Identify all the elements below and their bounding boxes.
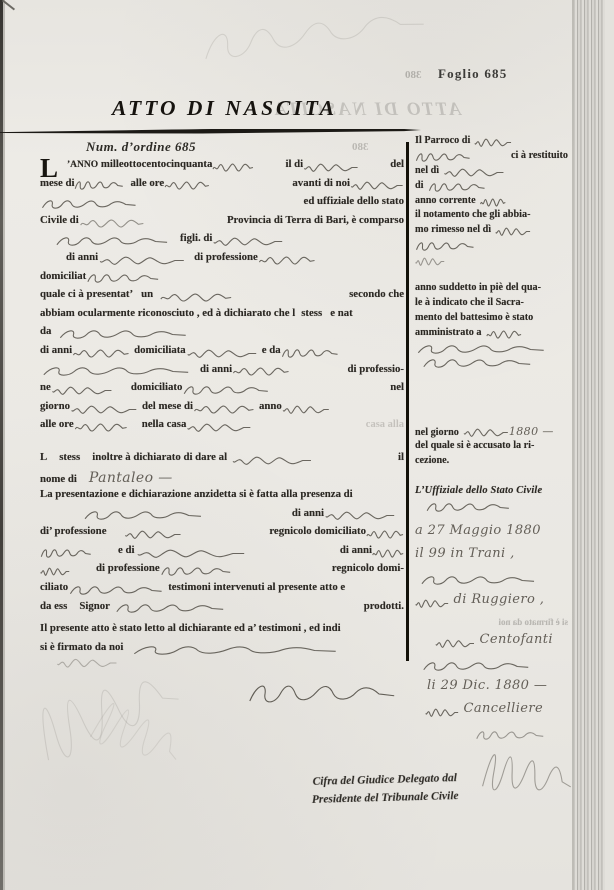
form-line: di annidomiciliatae da <box>40 344 404 363</box>
printed-text: di professio- <box>348 363 405 375</box>
printed-text: di professione <box>194 251 258 263</box>
handwritten-scribble <box>40 365 192 378</box>
form-line: cezione. <box>415 455 568 470</box>
handwritten-scribble <box>258 254 316 267</box>
birth-record-scan: 380 Foglio 685 ATTO DI NASCITA ATTO DI N… <box>0 0 614 890</box>
page-left-edge-highlight <box>3 0 5 890</box>
column-divider <box>406 142 409 661</box>
handwritten-scribble <box>415 343 547 356</box>
footer-caption: Cifra del Giudice Delegato dal President… <box>276 769 495 810</box>
document-title-bleedthrough: ATTO DI NASCITA <box>272 99 461 121</box>
printed-text: prodotti. <box>364 600 404 612</box>
printed-text: nella casa <box>142 418 187 430</box>
printed-text: regnicolo domiciliato <box>269 525 366 537</box>
printed-text: il notamento che gli abbia- <box>415 209 530 220</box>
printed-text: di professione <box>96 562 160 574</box>
form-line <box>415 356 568 371</box>
printed-text: anno suddetto in piè del qua- <box>415 282 541 293</box>
handwritten-scribble <box>435 637 475 650</box>
handwritten-scribble <box>40 198 138 211</box>
form-line: di’ professioneregnicolo domiciliato <box>40 525 404 544</box>
printed-text: Il presente atto è stato letto al dichia… <box>40 622 341 634</box>
handwritten-scribble <box>428 181 486 194</box>
handwritten-scribble <box>74 421 128 434</box>
form-line: figli. di <box>40 232 404 251</box>
printed-text: ci à restituito <box>511 150 568 161</box>
handwritten-text: Centofanti <box>475 632 553 647</box>
printed-text: ne <box>40 381 51 393</box>
form-line: di annidi professione <box>40 251 404 270</box>
handwritten-scribble <box>98 254 186 267</box>
handwritten-scribble <box>186 347 258 360</box>
printed-text: anno <box>259 400 282 412</box>
printed-text: del quale si è accusato la ri- <box>415 440 534 451</box>
form-line: abbiam ocularmente riconosciuto , ed à d… <box>40 307 404 326</box>
printed-text: L <box>40 451 47 463</box>
printed-text: di anni <box>200 363 232 375</box>
printed-text: da <box>40 325 51 337</box>
handwritten-scribble <box>79 217 145 230</box>
handwritten-scribble <box>425 501 511 514</box>
form-line <box>415 239 568 254</box>
title-rule <box>0 128 421 135</box>
handwritten-scribble <box>480 196 506 209</box>
form-line: di <box>415 180 568 195</box>
official-signature <box>246 680 398 708</box>
printed-text: Signor <box>79 600 110 612</box>
form-line: Civile diProvincia di Terra di Bari, è c… <box>40 214 404 233</box>
form-line: ciliatotestimoni intervenuti al presente… <box>40 581 404 600</box>
printed-text: nel <box>390 381 404 393</box>
printed-text: La presentazione e dichiarazione anzidet… <box>40 488 353 500</box>
handwritten-scribble <box>159 291 233 304</box>
printed-text: e nat <box>330 307 353 319</box>
printed-text: secondo che <box>349 288 404 300</box>
form-line: Centofanti <box>415 632 568 655</box>
handwritten-scribble <box>74 179 124 192</box>
sheet-number-stamp: Foglio 685 <box>438 66 507 82</box>
printed-text: mese di <box>40 177 74 189</box>
form-line: ’ANNO milleottocentocinquantail didel <box>40 158 404 177</box>
handwritten-scribble <box>57 328 189 341</box>
printed-text: nel giorno <box>415 427 459 438</box>
form-line: domiciliat <box>40 270 404 289</box>
printed-text: figli. di <box>180 232 212 244</box>
form-line: nel dì <box>415 165 568 180</box>
form-line: da essSignorprodotti. <box>40 600 404 619</box>
handwritten-text: Pantaleo — <box>89 470 173 486</box>
printed-text: domiciliat <box>40 270 86 282</box>
handwritten-scribble <box>415 255 445 268</box>
printed-text: di anni <box>40 344 72 356</box>
form-line: anno corrente <box>415 195 568 210</box>
printed-text: L’Uffiziale dello Stato Civile <box>415 485 542 496</box>
main-column: ’ANNO milleottocentocinquantail didelmes… <box>40 158 404 659</box>
form-line: il 99 in Trani , <box>415 546 568 569</box>
printed-text: mento del battesimo è stato <box>415 312 533 323</box>
handwritten-scribble <box>415 597 449 610</box>
handwritten-scribble <box>232 365 290 378</box>
handwritten-scribble <box>486 328 522 341</box>
printed-text: si è firmato da noi <box>40 641 123 653</box>
printed-text: quale ci à presentat’ <box>40 288 133 300</box>
ghost-text: casa alla <box>366 419 404 430</box>
handwritten-scribble <box>415 240 475 253</box>
handwritten-scribble <box>415 151 471 164</box>
form-line: anno suddetto in piè del qua- <box>415 282 568 297</box>
printed-text: anno corrente <box>415 195 476 206</box>
printed-text: domiciliata <box>134 344 186 356</box>
handwritten-scribble <box>350 179 404 192</box>
handwritten-scribble <box>495 225 531 238</box>
form-line: alle orenella casacasa alla <box>40 418 404 437</box>
printed-text: regnicolo domi- <box>332 562 404 574</box>
printed-text: avanti di noi <box>292 177 350 189</box>
form-line: La presentazione e dichiarazione anzidet… <box>40 488 404 507</box>
form-line: Il presente atto è stato letto al dichia… <box>40 622 404 641</box>
handwritten-scribble <box>72 347 130 360</box>
handwritten-scribble <box>212 161 254 174</box>
handwritten-scribble <box>193 403 255 416</box>
printed-text: il di <box>285 158 303 170</box>
handwritten-scribble <box>419 574 537 587</box>
form-line: da <box>40 325 404 344</box>
handwritten-scribble <box>231 454 313 467</box>
handwritten-text: il 99 in Trani , <box>415 546 515 561</box>
form-line: L’Uffiziale dello Stato Civile <box>415 485 568 500</box>
printed-text: del mese di <box>142 400 193 412</box>
form-line <box>415 254 568 269</box>
book-binding-edge <box>574 0 605 890</box>
form-line: di annidi professio- <box>40 363 404 382</box>
handwritten-scribble <box>324 509 396 522</box>
handwritten-scribble <box>186 421 252 434</box>
printed-text: da ess <box>40 600 67 612</box>
form-line: di Ruggiero , <box>415 592 568 615</box>
printed-text: si è firmato da noi <box>499 617 569 627</box>
handwritten-scribble <box>281 347 339 360</box>
form-line: li 29 Dic. 1880 — <box>415 678 568 701</box>
handwritten-scribble <box>366 528 404 541</box>
handwritten-scribble <box>114 602 226 615</box>
handwritten-scribble <box>124 528 182 541</box>
handwritten-scribble <box>303 161 359 174</box>
printed-text: inoltre à dichiarato di dare al <box>92 451 227 463</box>
handwritten-scribble <box>475 729 545 742</box>
handwritten-scribble <box>282 403 330 416</box>
form-line: ci à restituito <box>415 150 568 165</box>
printed-text: e di <box>118 544 135 556</box>
form-line: mese dialle oreavanti di noi <box>40 177 404 196</box>
form-line <box>415 569 568 592</box>
handwritten-scribble <box>425 706 459 719</box>
printed-text: cezione. <box>415 455 449 466</box>
handwritten-scribble <box>160 565 232 578</box>
handwritten-scribble <box>54 235 170 248</box>
handwritten-scribble <box>443 166 505 179</box>
printed-text: Provincia di Terra di Bari, è comparso <box>227 214 404 226</box>
form-line: giornodel mese dianno <box>40 400 404 419</box>
handwritten-scribble <box>40 547 92 560</box>
handwritten-scribble <box>212 235 284 248</box>
handwritten-scribble <box>421 660 531 673</box>
faint-pencil-scribble <box>196 0 431 70</box>
form-line: si è firmato da noi <box>415 617 568 632</box>
form-line: nome diPantaleo — <box>40 470 404 489</box>
form-line: quale ci à presentat’unsecondo che <box>40 288 404 307</box>
ghost-number: 380 <box>405 69 422 81</box>
handwritten-scribble <box>51 384 113 397</box>
order-number: Num. d’ordine 685 <box>86 139 196 155</box>
handwritten-text: li 29 Dic. 1880 — <box>427 678 547 693</box>
handwritten-scribble <box>421 357 533 370</box>
form-line <box>415 342 568 357</box>
printed-text: mo rimesso nel dì <box>415 224 491 235</box>
ghost-order-number: 380 <box>352 141 369 153</box>
printed-text: di’ professione <box>40 525 106 537</box>
handwritten-scribble <box>474 136 512 149</box>
printed-text: ’ANNO <box>67 160 98 170</box>
form-line: del quale si è accusato la ri- <box>415 440 568 455</box>
printed-text: le à indicato che il Sacra- <box>415 297 524 308</box>
printed-text: giorno <box>40 400 70 412</box>
printed-text: di <box>415 180 424 191</box>
form-line: mo rimesso nel dì <box>415 224 568 239</box>
printed-text: ciliato <box>40 581 68 593</box>
form-line: e didi anni <box>40 544 404 563</box>
printed-text: testimoni intervenuti al presente atto e <box>168 581 345 593</box>
printed-text: alle ore <box>130 177 164 189</box>
form-line <box>415 500 568 515</box>
form-line: di anni <box>40 507 404 526</box>
form-line: nedomiciliatonel <box>40 381 404 400</box>
margin-column: Il Parroco dici à restituitonel dìdianno… <box>415 135 568 747</box>
handwritten-text: Cancelliere <box>459 701 543 716</box>
handwritten-scribble <box>372 547 404 560</box>
printed-text: e da <box>262 344 281 356</box>
handwritten-scribble <box>70 403 138 416</box>
handwritten-scribble <box>135 547 247 560</box>
form-line: il notamento che gli abbia- <box>415 209 568 224</box>
printed-text: amministrato a <box>415 327 482 338</box>
handwritten-text: a 27 Maggio 1880 <box>415 523 541 538</box>
form-line: Cancelliere <box>415 701 568 724</box>
page-right-margin <box>605 0 614 890</box>
printed-text: ed uffiziale dello stato <box>304 195 404 207</box>
handwritten-scribble <box>82 509 204 522</box>
form-line: mento del battesimo è stato <box>415 312 568 327</box>
handwritten-text: di Ruggiero , <box>449 592 544 607</box>
printed-text: alle ore <box>40 418 74 430</box>
printed-text: domiciliato <box>131 381 183 393</box>
handwritten-scribble <box>182 384 270 397</box>
printed-text: un <box>141 288 153 300</box>
form-line: ed uffiziale dello stato <box>40 195 404 214</box>
handwritten-text: 1880 — <box>509 425 554 438</box>
handwritten-scribble <box>463 426 509 439</box>
printed-text: nome di <box>40 473 77 485</box>
form-line: di professioneregnicolo domi- <box>40 562 404 581</box>
handwritten-scribble <box>86 272 160 285</box>
printed-text: stess <box>301 307 322 319</box>
printed-text: nel dì <box>415 165 439 176</box>
form-line: Lstessinoltre à dichiarato di dare alil <box>40 451 404 470</box>
printed-text: milleottocentocinquanta <box>98 158 212 170</box>
form-line <box>415 655 568 678</box>
printed-text: del <box>390 158 404 170</box>
printed-text: il <box>398 451 404 463</box>
form-line: amministrato a <box>415 327 568 342</box>
printed-text: Il Parroco di <box>415 135 470 146</box>
form-line: le à indicato che il Sacra- <box>415 297 568 312</box>
printed-text: di anni <box>340 544 372 556</box>
printed-text: di anni <box>66 251 98 263</box>
printed-text: Civile di <box>40 214 79 226</box>
form-line: Il Parroco di <box>415 135 568 150</box>
handwritten-scribble <box>164 179 210 192</box>
form-line: nel giorno1880 — <box>415 425 568 440</box>
printed-text: stess <box>59 451 80 463</box>
printed-text: di anni <box>292 507 324 519</box>
printed-text: abbiam ocularmente riconosciuto , ed à d… <box>40 307 295 319</box>
handwritten-scribble <box>68 584 164 597</box>
handwritten-scribble <box>40 565 70 578</box>
form-line: a 27 Maggio 1880 <box>415 523 568 546</box>
